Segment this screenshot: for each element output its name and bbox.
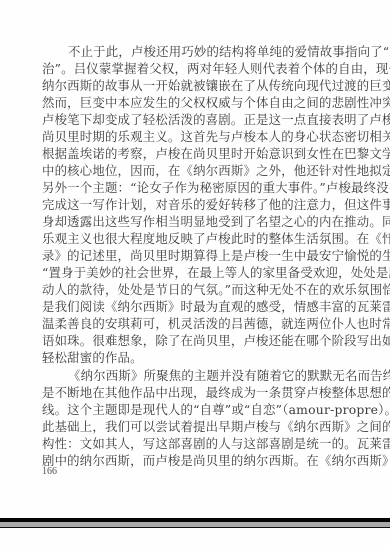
text-line: 治”。吕仪蒙掌握着父权，两对年轻人则代表着个体的自由，现代	[42, 60, 324, 77]
text-line: 线。这个主题即是现代人的“自尊”或“自恋”（amour-propre）。在	[42, 401, 324, 418]
text-line: 是我们阅读《纳尔西斯》时最为直观的感受，情感丰富的瓦莱雷，	[42, 298, 324, 315]
text-line: 语如珠。很难想象，除了在尚贝里，卢梭还能在哪个阶段写出如此	[42, 332, 324, 349]
text-line: “置身于美妙的社会世界，在最上等人的家里备受欢迎，处处是殷切	[42, 264, 324, 281]
text-line: 《纳尔西斯》所聚焦的主题并没有随着它的默默无名而告终，而	[42, 367, 324, 384]
text-line: 此基础上，我们可以尝试着提出早期卢梭与《纳尔西斯》之间的同	[42, 418, 324, 435]
paragraph-2: 《纳尔西斯》所聚焦的主题并没有随着它的默默无名而告终，而 是不断地在其他作品中出…	[42, 367, 324, 469]
text-line: 尚贝里时期的乐观主义。这首先与卢梭本人的身心状态密切相关。	[42, 128, 324, 145]
text-line: 是不断地在其他作品中出现，最终成为一条贯穿卢梭整体思想的主	[42, 384, 324, 401]
paragraph-1: 不止于此，卢梭还用巧妙的结构将单纯的爱情故事指向了“政 治”。吕仪蒙掌握着父权，…	[42, 43, 324, 366]
text-line: 构性：文如其人，写这部喜剧的人与这部喜剧是统一的。瓦莱雷是	[42, 435, 324, 452]
text-line: 录》的记述里，尚贝里时期算得上是卢梭一生中最安宁愉悦的生活：	[42, 247, 324, 264]
text-line: 卢梭笔下却变成了轻松活泼的喜剧。正是这一点直接表明了卢梭在	[42, 111, 324, 128]
text-line: 身却透露出这些写作相当明显地受到了名望之心的内在推动。同时，	[42, 213, 324, 230]
text-line: 纳尔西斯的故事从一开始就被镶嵌在了从传统向现代过渡的巨变中。	[42, 77, 324, 94]
page-number: 166	[42, 466, 57, 477]
text-line: 完成这一写作计划，对音乐的爱好转移了他的注意力，但这件事本	[42, 196, 324, 213]
text-line: 不止于此，卢梭还用巧妙的结构将单纯的爱情故事指向了“政	[42, 43, 324, 60]
text-line: 根据盖埃诺的考察，卢梭在尚贝里时开始意识到女性在巴黎文学圈	[42, 145, 324, 162]
text-line: 乐观主义也很大程度地反映了卢梭此时的整体生活氛围。在《忏悔	[42, 230, 324, 247]
text-line: 轻松甜蜜的作品。	[42, 349, 324, 366]
text-line: 中的核心地位，因而，在《纳尔西斯》之外，他还针对性地拟定了	[42, 162, 324, 179]
book-page: 不止于此，卢梭还用巧妙的结构将单纯的爱情故事指向了“政 治”。吕仪蒙掌握着父权，…	[0, 0, 390, 546]
text-line: 温柔善良的安琪莉可，机灵活泼的吕茜德，就连两位仆人也时常妙	[42, 315, 324, 332]
page-edge-line	[0, 527, 390, 528]
text-line: 另外一个主题：“论女子作为秘密原因的重大事件。”卢梭最终没有	[42, 179, 324, 196]
text-line: 然而，巨变中本应发生的父权权威与个体自由之间的悲剧性冲突在	[42, 94, 324, 111]
text-line: 剧中的纳尔西斯，而卢梭是尚贝里的纳尔西斯。在《纳尔西斯》序	[42, 452, 324, 469]
text-line: 动人的款待，处处是节日的气氛。”而这种无处不在的欢乐氛围恰恰	[42, 281, 324, 298]
section-heading: 三	[42, 350, 54, 367]
